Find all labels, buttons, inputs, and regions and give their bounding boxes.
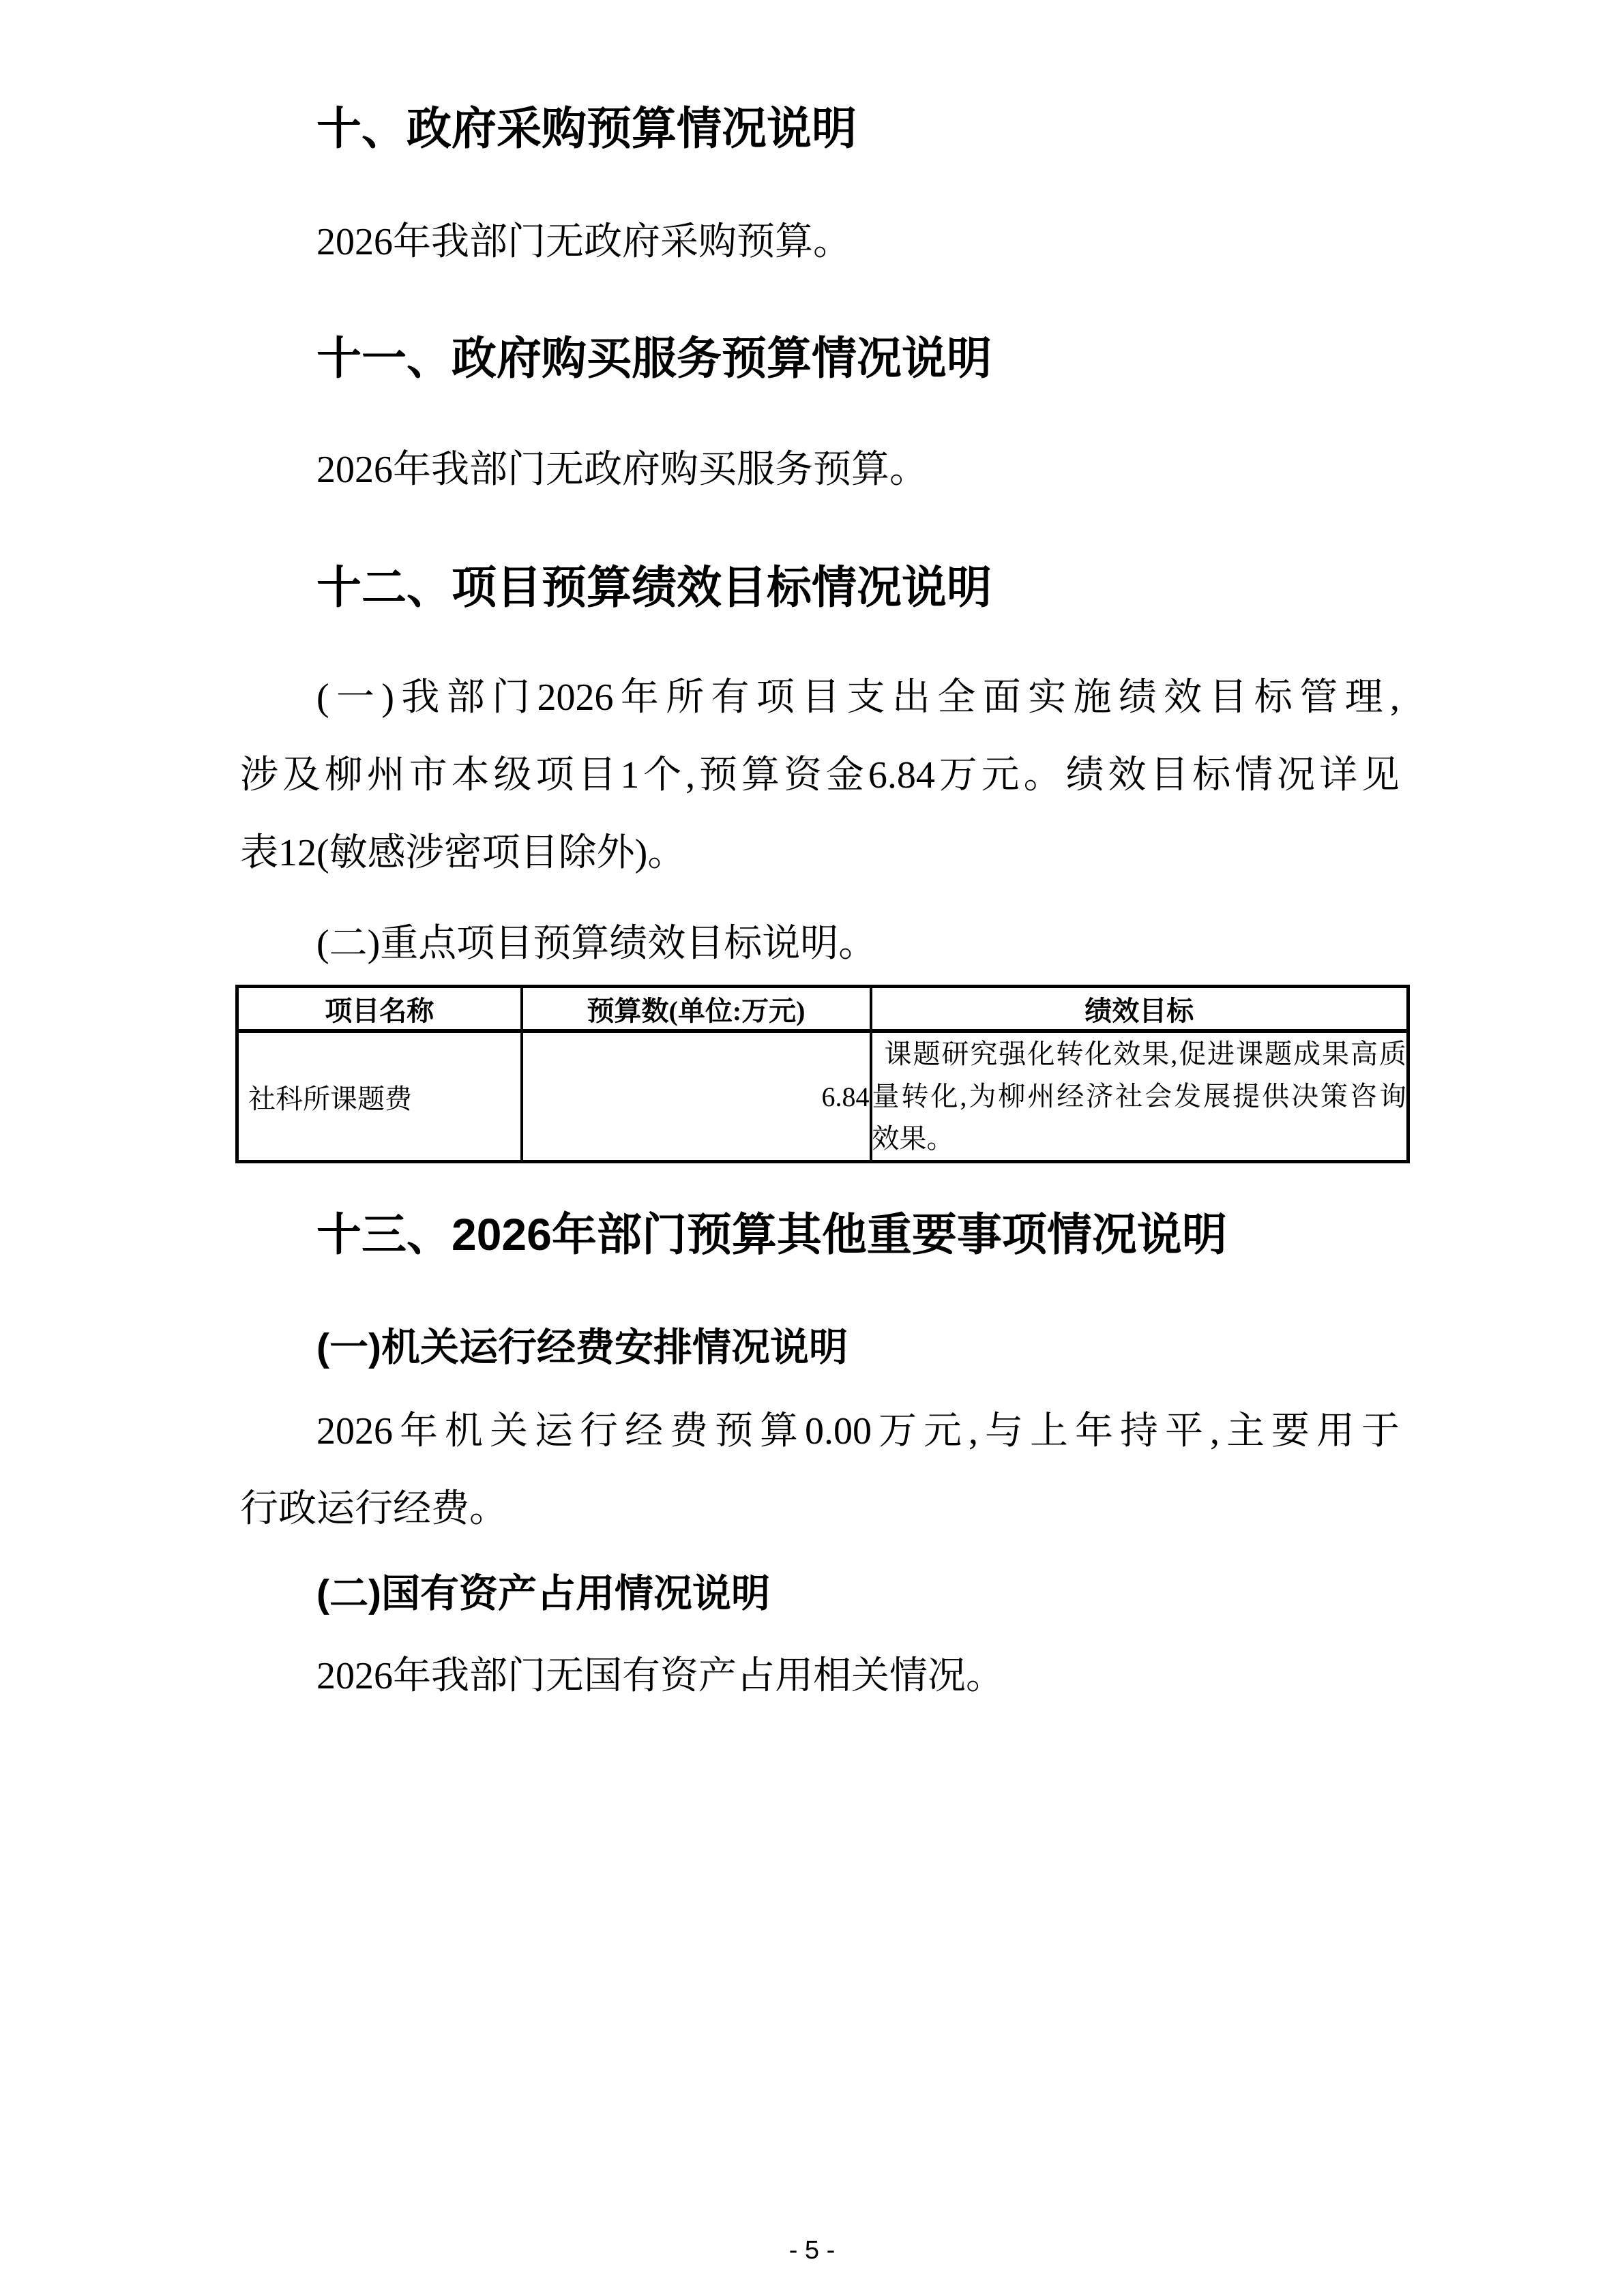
subsection-heading-13-1: (一)机关运行经费安排情况说明 xyxy=(240,1309,1400,1386)
cell-project-name: 社科所课题费 xyxy=(237,1031,522,1162)
table-row: 社科所课题费 6.84 课题研究强化转化效果,促进课题成果高质 量转化,为柳州经… xyxy=(237,1031,1408,1162)
section-10-paragraph: 2026年我部门无政府采购预算。 xyxy=(240,203,1400,281)
document-page: 十、政府采购预算情况说明 2026年我部门无政府采购预算。 十一、政府购买服务预… xyxy=(0,0,1624,2296)
section-heading-11: 十一、政府购买服务预算情况说明 xyxy=(240,336,1400,381)
cell-budget-amount: 6.84 xyxy=(522,1031,871,1162)
paragraph-line: 2026年机关运行经费预算0.00万元,与上年持平,主要用于 xyxy=(240,1392,1400,1470)
table-header-project-name: 项目名称 xyxy=(237,987,522,1032)
paragraph-line: 2026年我部门无政府购买服务预算。 xyxy=(240,431,1400,509)
paragraph-line: 表12(敏感涉密项目除外)。 xyxy=(240,814,1400,892)
table-header-row: 项目名称 预算数(单位:万元) 绩效目标 xyxy=(237,987,1408,1032)
goal-text-line: 课题研究强化转化效果,促进课题成果高质 xyxy=(872,1033,1407,1075)
paragraph-line: 2026年我部门无国有资产占用相关情况。 xyxy=(240,1637,1400,1715)
subsection-13-2-paragraph: 2026年我部门无国有资产占用相关情况。 xyxy=(240,1637,1400,1715)
section-12-paragraph-2: (二)重点项目预算绩效目标说明。 xyxy=(240,905,1400,983)
section-heading-10: 十、政府采购预算情况说明 xyxy=(240,106,1400,151)
subsection-heading-13-2: (二)国有资产占用情况说明 xyxy=(240,1555,1400,1632)
goal-text-line: 量转化,为柳州经济社会发展提供决策咨询 xyxy=(872,1075,1407,1118)
subsection-13-1-paragraph: 2026年机关运行经费预算0.00万元,与上年持平,主要用于 行政运行经费。 xyxy=(240,1392,1400,1548)
page-content: 十、政府采购预算情况说明 2026年我部门无政府采购预算。 十一、政府购买服务预… xyxy=(240,0,1400,1715)
paragraph-line: 涉及柳州市本级项目1个,预算资金6.84万元。绩效目标情况详见 xyxy=(240,736,1400,814)
section-heading-13: 十三、2026年部门预算其他重要事项情况说明 xyxy=(240,1212,1400,1257)
goal-text-line: 效果。 xyxy=(872,1118,1407,1160)
performance-target-table: 项目名称 预算数(单位:万元) 绩效目标 社科所课题费 6.84 课题研究强化转… xyxy=(235,985,1410,1163)
cell-performance-goal: 课题研究强化转化效果,促进课题成果高质 量转化,为柳州经济社会发展提供决策咨询 … xyxy=(871,1031,1408,1162)
paragraph-line: (一)我部门2026年所有项目支出全面实施绩效目标管理, xyxy=(240,659,1400,736)
paragraph-line: 2026年我部门无政府采购预算。 xyxy=(240,203,1400,281)
table-header-performance-goal: 绩效目标 xyxy=(871,987,1408,1032)
paragraph-line: 行政运行经费。 xyxy=(240,1470,1400,1548)
section-11-paragraph: 2026年我部门无政府购买服务预算。 xyxy=(240,431,1400,509)
paragraph-line: (二)重点项目预算绩效目标说明。 xyxy=(240,905,1400,983)
page-number: - 5 - xyxy=(0,2235,1624,2265)
section-heading-12: 十二、项目预算绩效目标情况说明 xyxy=(240,565,1400,610)
table-header-budget-amount: 预算数(单位:万元) xyxy=(522,987,871,1032)
section-12-paragraph-1: (一)我部门2026年所有项目支出全面实施绩效目标管理, 涉及柳州市本级项目1个… xyxy=(240,659,1400,892)
